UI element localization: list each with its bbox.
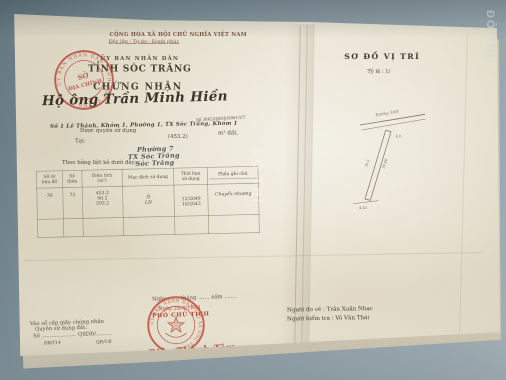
at-label: Tại:: [75, 130, 92, 149]
parcel-sketch: Đường 30/4 4.0 39.66 39.5 4.43: [345, 105, 435, 210]
usage-line: Được quyền sử dụng: [80, 120, 174, 139]
cell-durations: 12/204910/2043: [174, 184, 208, 216]
svg-text:SỞ: SỞ: [76, 70, 89, 82]
certificate-paper: CỘNG HÒA XÃ HỘI CHỦ NGHĨA VIỆT NAM Độc l…: [0, 0, 506, 380]
col-header-sheet: Số tờbản đồ: [36, 171, 62, 188]
photo-land-certificate: CỘNG HÒA XÃ HỘI CHỦ NGHĨA VIỆT NAM Độc l…: [0, 0, 506, 380]
svg-text:39.5: 39.5: [364, 158, 371, 168]
parcel-table: Số tờbản đồ Sốthửa Diện tích(m²) Mục đíc…: [36, 166, 260, 238]
col-header-area: Diện tích(m²): [82, 169, 123, 187]
photo-watermark-center: ĐÔ THỊ: [250, 148, 265, 204]
crease-vertical-right-page: [459, 34, 468, 334]
cell-areas: 453.260.2393.2: [82, 186, 123, 218]
cell-sheet: 30: [37, 188, 64, 220]
cell-parcel: 72: [63, 187, 83, 219]
star-emblem: [168, 317, 184, 332]
table-row: 30 72 453.260.2393.2 ỞLN 12/204910/2043 …: [37, 183, 259, 219]
cell-purposes: ỞLN: [122, 185, 174, 217]
svg-text:Đường 30/4: Đường 30/4: [374, 109, 400, 118]
checker-line: Người kiểm tra : Võ Văn Thái: [287, 306, 420, 327]
col-header-parcel: Sốthửa: [62, 170, 82, 187]
area-unit: m² đất.: [218, 122, 251, 141]
crease-horizontal: [24, 252, 484, 261]
svg-text:4.43: 4.43: [359, 206, 368, 210]
plan-scale: Tỷ lệ : 1/: [344, 61, 414, 80]
col-header-duration: Thời hạnsử dụng: [174, 167, 208, 185]
table-empty-row: [37, 214, 259, 237]
register-code-left: ĐB/T14: [44, 331, 75, 351]
photo-watermark-corner: ĐÔ THỊ: [484, 10, 496, 59]
register-code-right: QĐ/UB: [96, 331, 125, 351]
svg-text:4.0: 4.0: [396, 135, 402, 139]
col-header-purpose: Mục đích sử dụng: [122, 168, 174, 186]
